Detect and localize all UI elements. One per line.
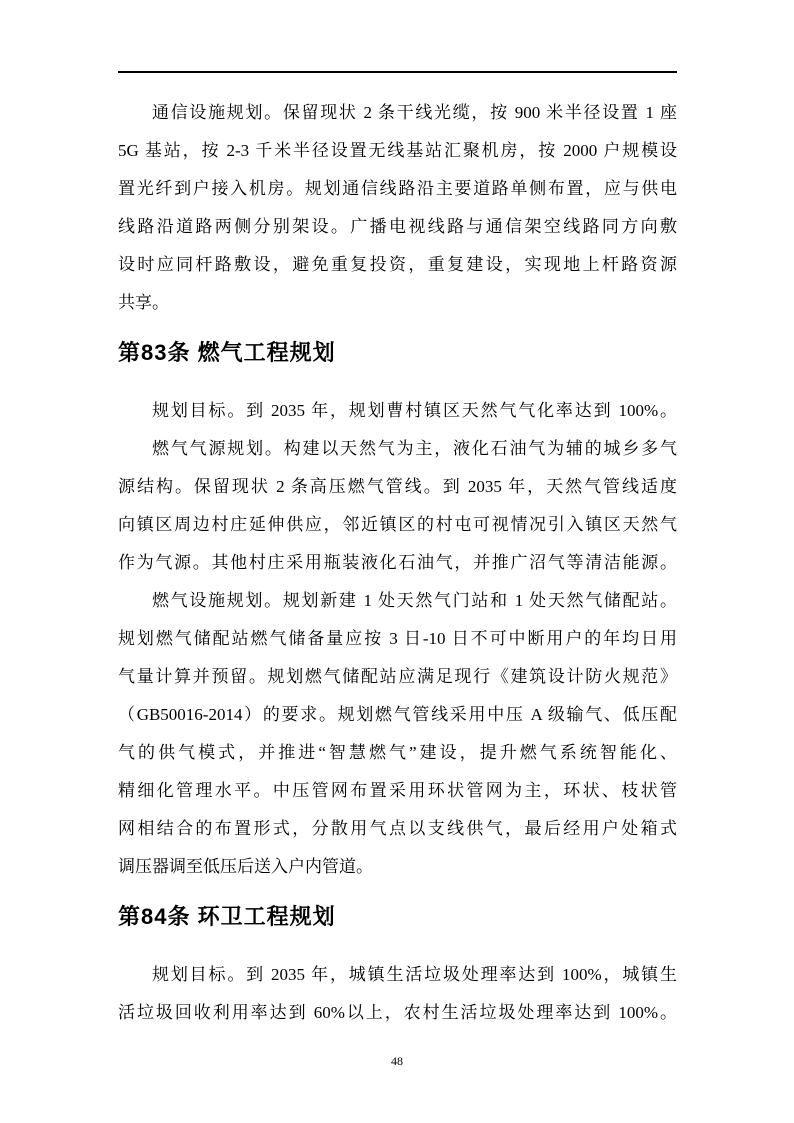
text-line: 气的供气模式，并推进“智慧燃气”建设，提升燃气系统智能化、 [118, 734, 677, 772]
text-line: 通信设施规划。保留现状 2 条干线光缆，按 900 米半径设置 1 座 [118, 94, 677, 132]
text-line: 作为气源。其他村庄采用瓶装液化石油气，并推广沼气等清洁能源。 [118, 544, 677, 582]
text-line: 活垃圾回收利用率达到 60%以上，农村生活垃圾处理率达到 100%。 [118, 994, 677, 1032]
text-line: 燃气设施规划。规划新建 1 处天然气门站和 1 处天然气储配站。 [118, 582, 677, 620]
text-line: 精细化管理水平。中压管网布置采用环状管网为主，环状、枝状管 [118, 772, 677, 810]
document-page: 通信设施规划。保留现状 2 条干线光缆，按 900 米半径设置 1 座5G 基站… [0, 0, 794, 1123]
text-line: 置光纤到户接入机房。规划通信线路沿主要道路单侧布置，应与供电 [118, 170, 677, 208]
gas-source-paragraph: 燃气气源规划。构建以天然气为主，液化石油气为辅的城乡多气源结构。保留现状 2 条… [118, 430, 677, 582]
sanitation-goal-paragraph: 规划目标。到 2035 年，城镇生活垃圾处理率达到 100%，城镇生活垃圾回收利… [118, 956, 677, 1032]
telecom-facilities-paragraph: 通信设施规划。保留现状 2 条干线光缆，按 900 米半径设置 1 座5G 基站… [118, 94, 677, 322]
header-rule [118, 71, 677, 73]
text-line: 气量计算并预留。规划燃气储配站应满足现行《建筑设计防火规范》 [118, 658, 677, 696]
gas-goal-paragraph: 规划目标。到 2035 年，规划曹村镇区天然气气化率达到 100%。 [118, 392, 677, 430]
text-line: 调压器调至低压后送入户内管道。 [118, 848, 677, 886]
text-line: 共享。 [118, 284, 677, 322]
text-line: 线路沿道路两侧分别架设。广播电视线路与通信架空线路同方向敷 [118, 208, 677, 246]
text-line: 设时应同杆路敷设，避免重复投资，重复建设，实现地上杆路资源 [118, 246, 677, 284]
article-83-heading: 第83条 燃气工程规划 [118, 338, 677, 368]
text-line: 规划目标。到 2035 年，规划曹村镇区天然气气化率达到 100%。 [118, 392, 677, 430]
text-line: 规划目标。到 2035 年，城镇生活垃圾处理率达到 100%，城镇生 [118, 956, 677, 994]
text-line: 5G 基站，按 2-3 千米半径设置无线基站汇聚机房，按 2000 户规模设 [118, 132, 677, 170]
text-line: 网相结合的布置形式，分散用气点以支线供气，最后经用户处箱式 [118, 810, 677, 848]
article-84-heading: 第84条 环卫工程规划 [118, 902, 677, 932]
document-body: 通信设施规划。保留现状 2 条干线光缆，按 900 米半径设置 1 座5G 基站… [118, 94, 677, 1032]
page-number: 48 [0, 1054, 794, 1069]
text-line: 向镇区周边村庄延伸供应，邻近镇区的村屯可视情况引入镇区天然气 [118, 506, 677, 544]
text-line: 源结构。保留现状 2 条高压燃气管线。到 2035 年，天然气管线适度 [118, 468, 677, 506]
text-line: 规划燃气储配站燃气储备量应按 3 日-10 日不可中断用户的年均日用 [118, 620, 677, 658]
gas-facilities-paragraph: 燃气设施规划。规划新建 1 处天然气门站和 1 处天然气储配站。规划燃气储配站燃… [118, 582, 677, 886]
text-line: （GB50016-2014）的要求。规划燃气管线采用中压 A 级输气、低压配 [118, 696, 677, 734]
text-line: 燃气气源规划。构建以天然气为主，液化石油气为辅的城乡多气 [118, 430, 677, 468]
